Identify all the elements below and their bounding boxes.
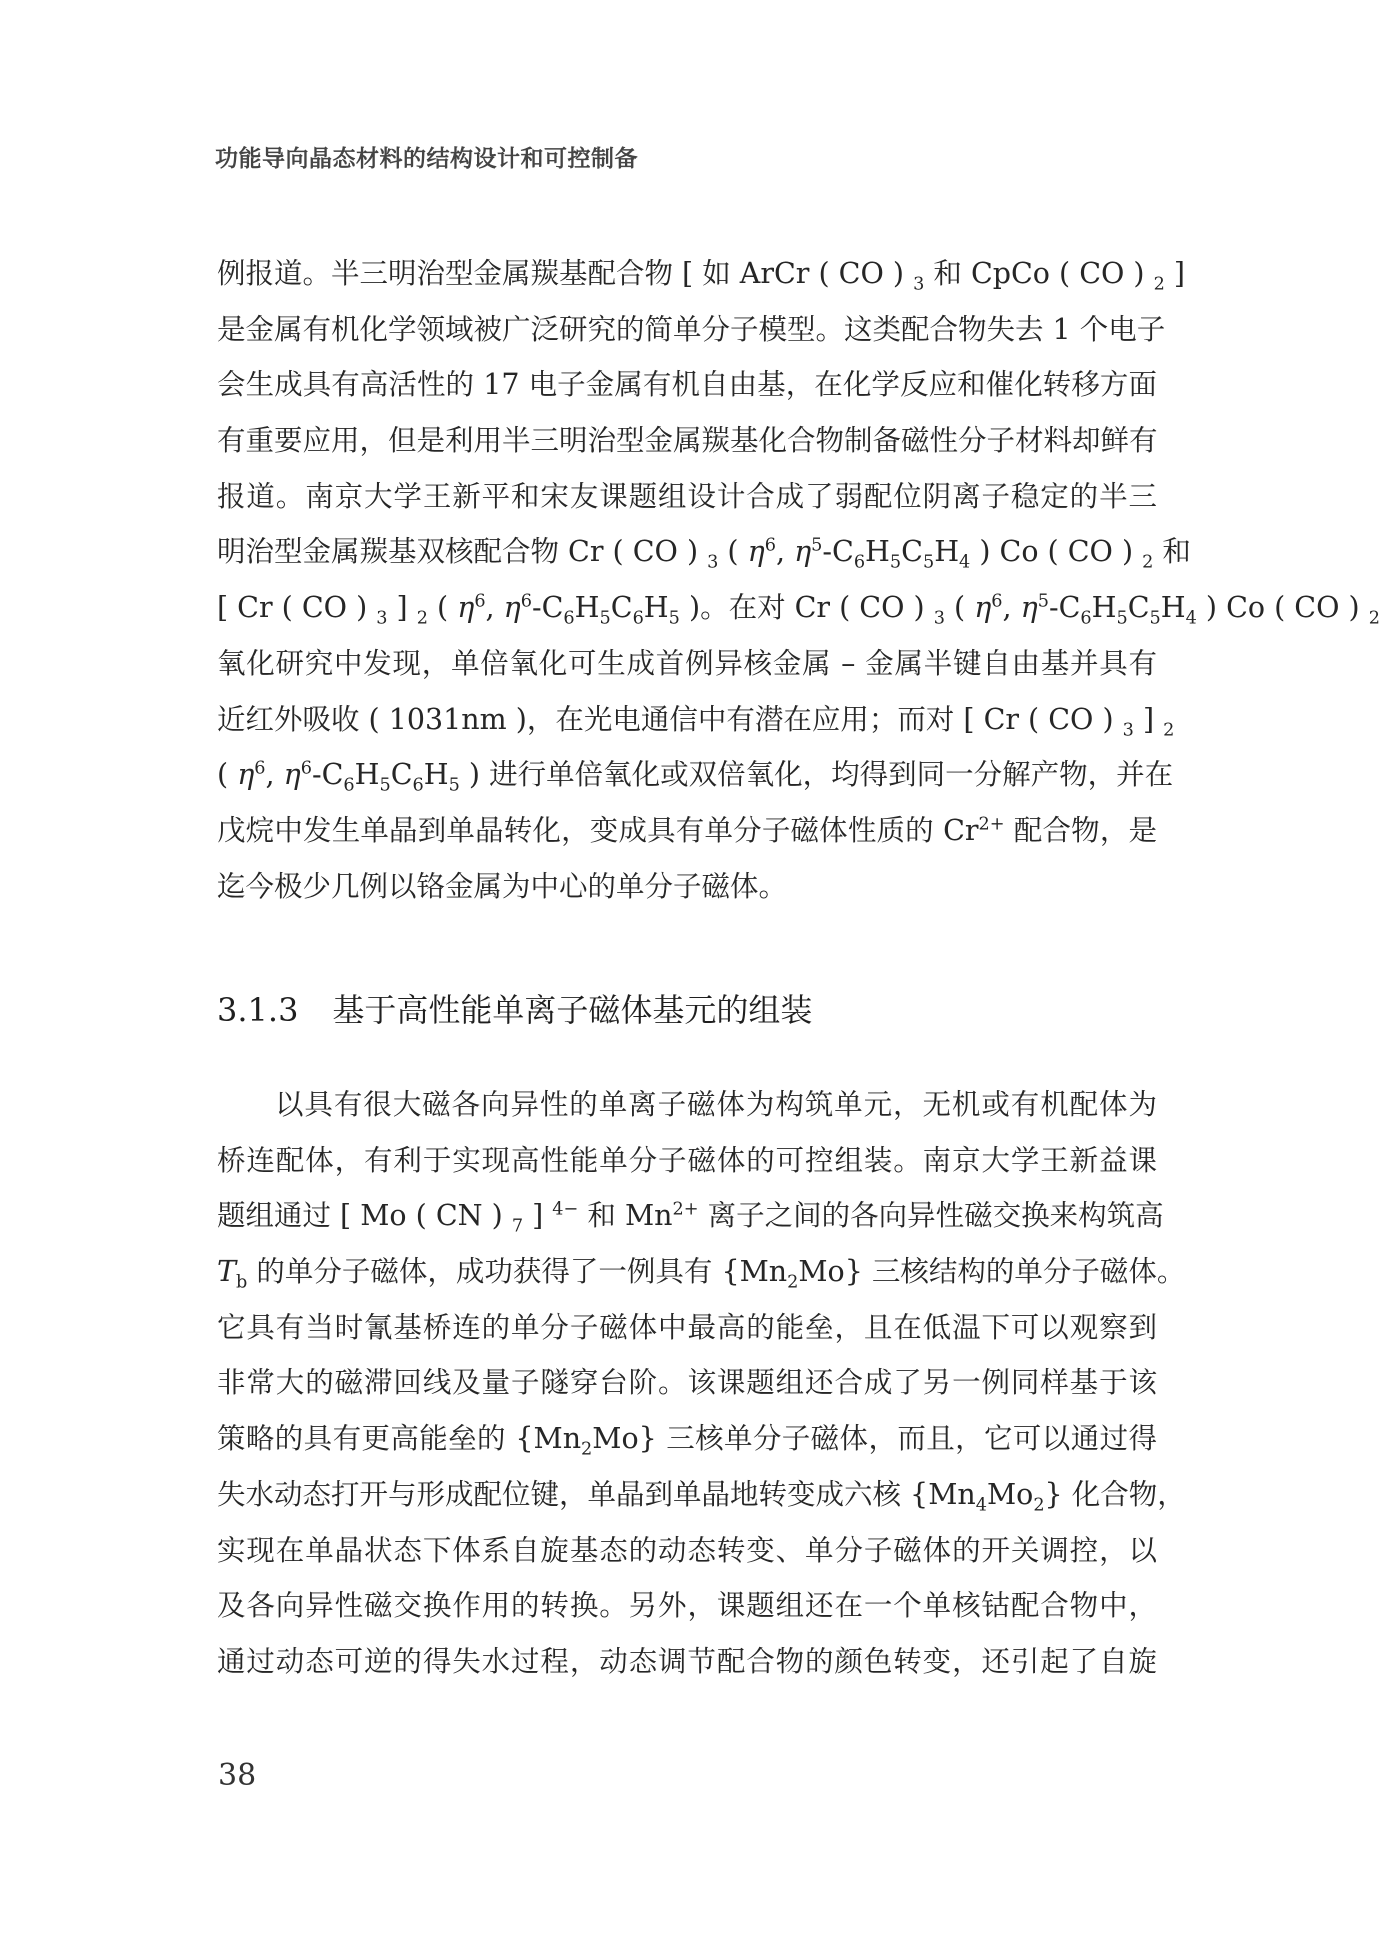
text-line: 桥连配体，有利于实现高性能单分子磁体的可控组装。南京大学王新益课 bbox=[217, 1133, 1157, 1189]
text-line: 会生成具有高活性的 17 电子金属有机自由基，在化学反应和催化转移方面 bbox=[217, 357, 1157, 413]
page-number: 38 bbox=[218, 1758, 256, 1793]
text-line: 明治型金属羰基双核配合物 Cr ( CO ) 3 ( η6, η5-C6H5C5… bbox=[217, 524, 1157, 580]
text-line: 报道。南京大学王新平和宋友课题组设计合成了弱配位阴离子稳定的半三 bbox=[217, 469, 1157, 525]
text-line: Tb 的单分子磁体，成功获得了一例具有 {Mn2Mo} 三核结构的单分子磁体。 bbox=[217, 1244, 1157, 1300]
text-line: 及各向异性磁交换作用的转换。另外，课题组还在一个单核钴配合物中， bbox=[217, 1578, 1157, 1634]
text-line: 迄今极少几例以铬金属为中心的单分子磁体。 bbox=[217, 859, 1157, 915]
text-line: 例报道。半三明治型金属羰基配合物 [ 如 ArCr ( CO ) 3 和 CpC… bbox=[217, 246, 1157, 302]
text-line: ( η6, η6-C6H5C6H5 ) 进行单倍氧化或双倍氧化，均得到同一分解产… bbox=[217, 747, 1157, 803]
text-line: 有重要应用，但是利用半三明治型金属羰基化合物制备磁性分子材料却鲜有 bbox=[217, 413, 1157, 469]
text-line: 戊烷中发生单晶到单晶转化，变成具有单分子磁体性质的 Cr2+ 配合物，是 bbox=[217, 803, 1157, 859]
text-line: 是金属有机化学领域被广泛研究的简单分子模型。这类配合物失去 1 个电子 bbox=[217, 302, 1157, 358]
text-line: 它具有当时氰基桥连的单分子磁体中最高的能垒，且在低温下可以观察到 bbox=[217, 1300, 1157, 1356]
text-line: 实现在单晶状态下体系自旋基态的动态转变、单分子磁体的开关调控，以 bbox=[217, 1523, 1157, 1579]
text-line: 失水动态打开与形成配位键，单晶到单晶地转变成六核 {Mn4Mo2} 化合物， bbox=[217, 1467, 1157, 1523]
text-line: 非常大的磁滞回线及量子隧穿台阶。该课题组还合成了另一例同样基于该 bbox=[217, 1355, 1157, 1411]
text-line: 近红外吸收 ( 1031nm )，在光电通信中有潜在应用；而对 [ Cr ( C… bbox=[217, 692, 1157, 748]
section-heading: 3.1.3基于高性能单离子磁体基元的组装 bbox=[217, 985, 812, 1031]
paragraph-2: 以具有很大磁各向异性的单离子磁体为构筑单元，无机或有机配体为 桥连配体，有利于实… bbox=[217, 1077, 1157, 1690]
section-title: 基于高性能单离子磁体基元的组装 bbox=[332, 991, 812, 1029]
text-line: 以具有很大磁各向异性的单离子磁体为构筑单元，无机或有机配体为 bbox=[217, 1077, 1157, 1133]
text-line: 氧化研究中发现，单倍氧化可生成首例异核金属 – 金属半键自由基并具有 bbox=[217, 636, 1157, 692]
text-line: 策略的具有更高能垒的 {Mn2Mo} 三核单分子磁体，而且，它可以通过得 bbox=[217, 1411, 1157, 1467]
paragraph-1: 例报道。半三明治型金属羰基配合物 [ 如 ArCr ( CO ) 3 和 CpC… bbox=[217, 246, 1157, 914]
text-line: 通过动态可逆的得失水过程，动态调节配合物的颜色转变，还引起了自旋 bbox=[217, 1634, 1157, 1690]
text-line: 题组通过 [ Mo ( CN ) 7 ] 4− 和 Mn2+ 离子之间的各向异性… bbox=[217, 1188, 1157, 1244]
text-line: [ Cr ( CO ) 3 ] 2 ( η6, η6-C6H5C6H5 )。在对… bbox=[217, 580, 1157, 636]
section-number: 3.1.3 bbox=[217, 991, 298, 1029]
running-header: 功能导向晶态材料的结构设计和可控制备 bbox=[215, 140, 638, 173]
